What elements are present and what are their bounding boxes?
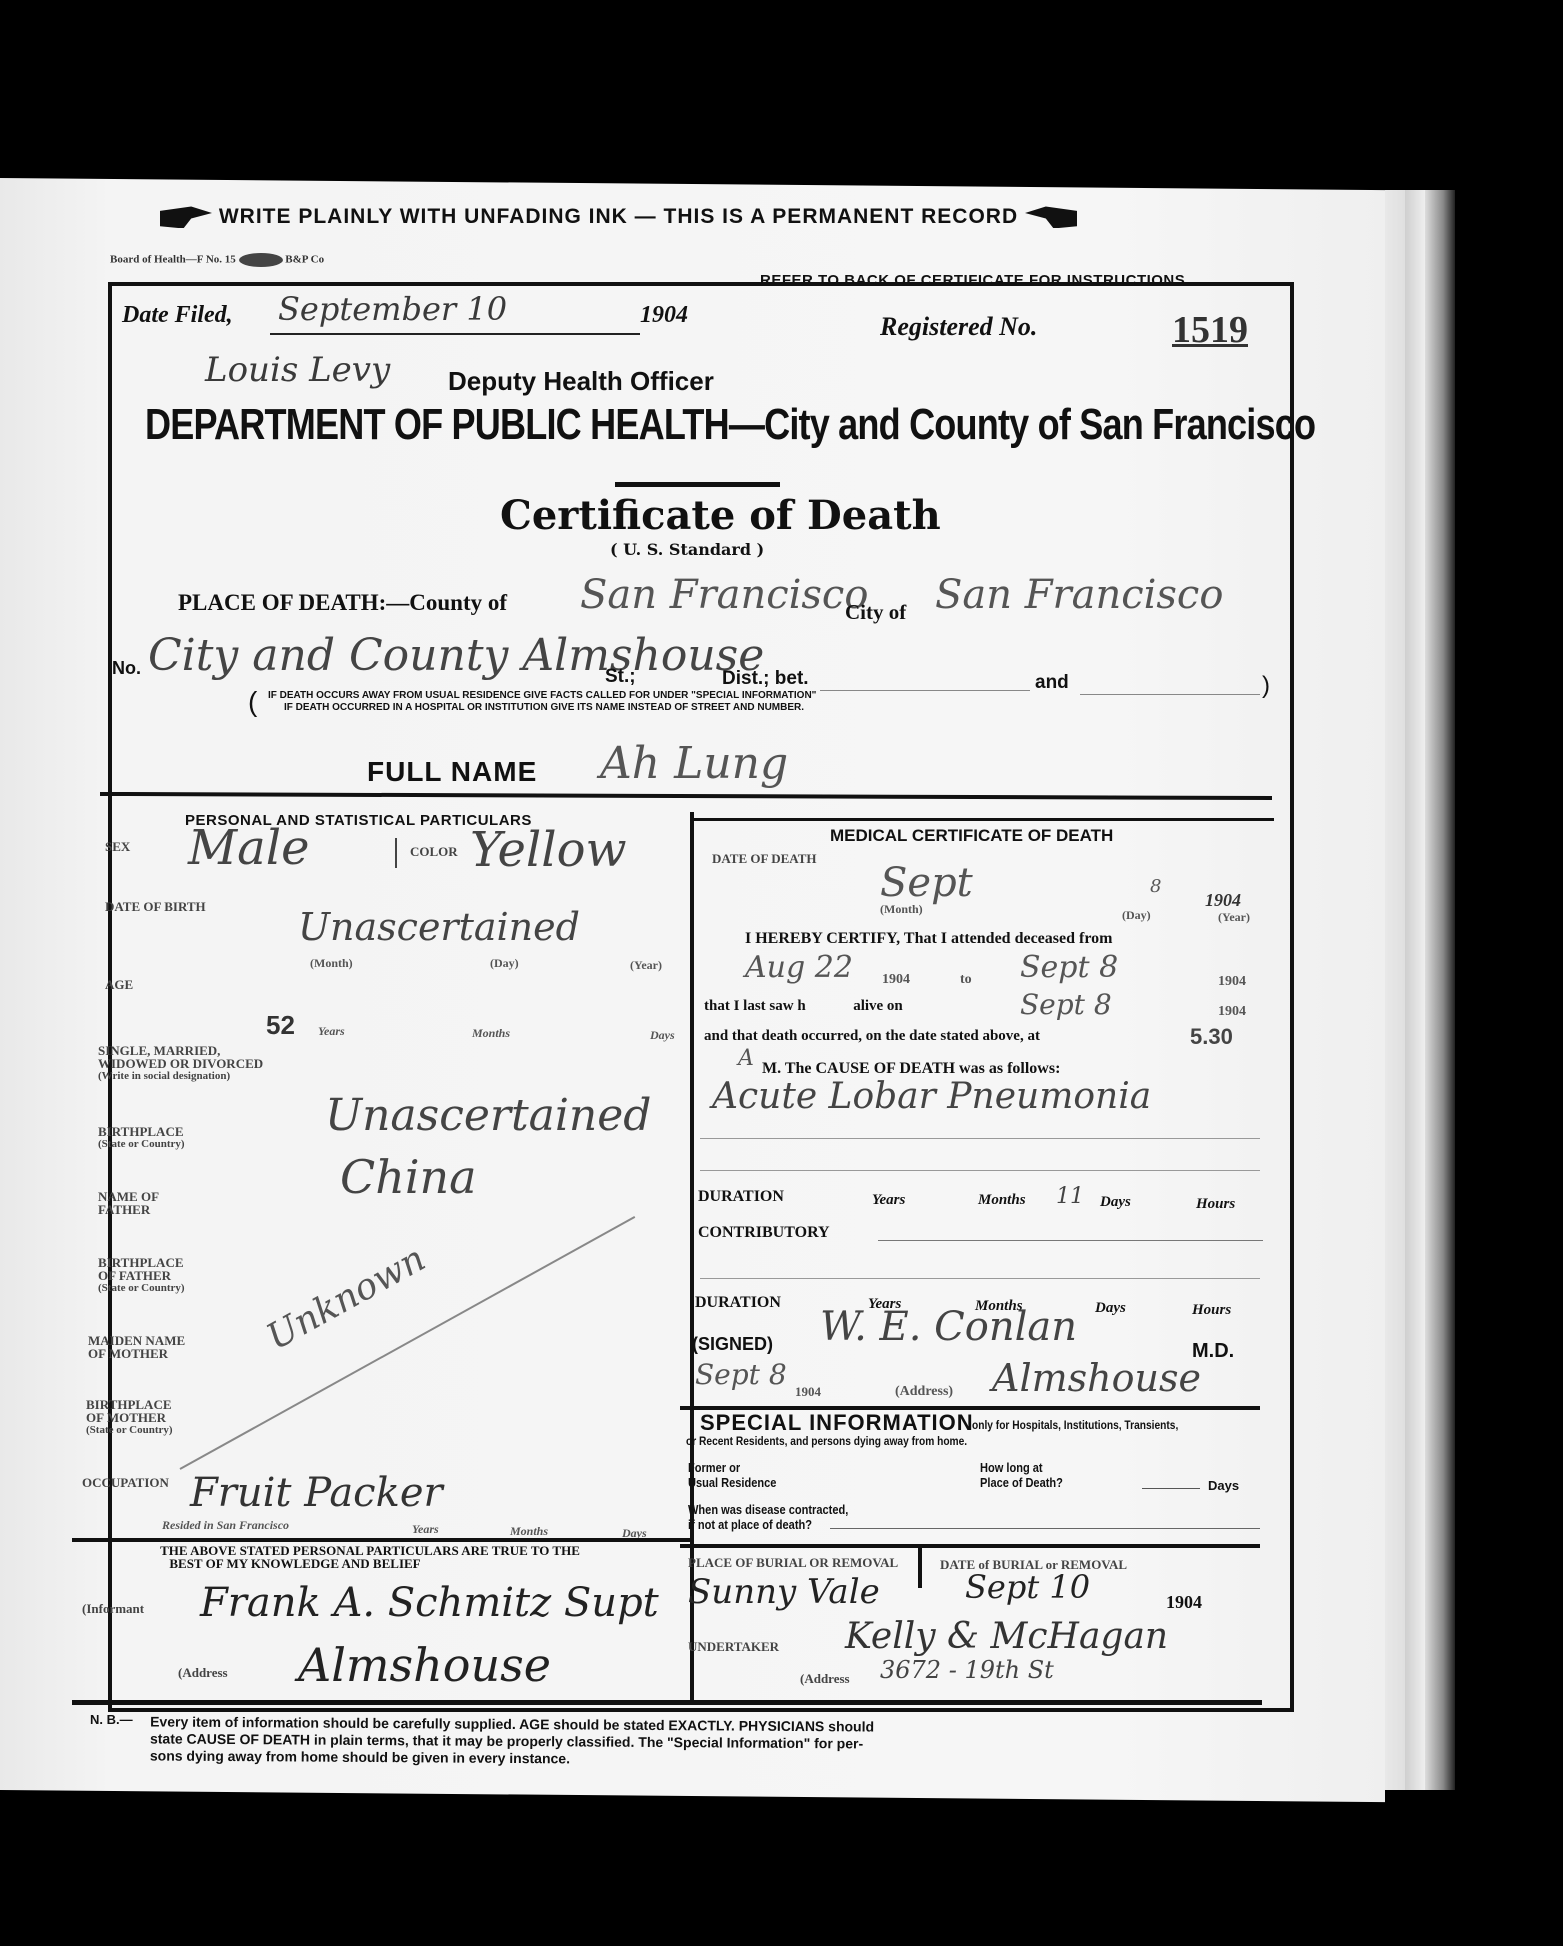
mother-name-label: MAIDEN NAME OF MOTHER (88, 1334, 185, 1360)
burial-date: Sept 10 (965, 1568, 1090, 1606)
printer-name: B&P Co (285, 254, 324, 266)
contracted-label-line: When was disease contracted, (688, 1502, 848, 1517)
resided-label: Resided in San Francisco (162, 1518, 289, 1533)
date-filed-year: 1904 (640, 302, 688, 329)
age-label: AGE (105, 978, 133, 991)
dob-label: DATE OF BIRTH (105, 900, 206, 913)
undertaker-value: Kelly & McHagan (845, 1616, 1168, 1657)
father-name-label-line: FATHER (98, 1203, 159, 1216)
informant-statement: THE ABOVE STATED PERSONAL PARTICULARS AR… (80, 1544, 660, 1570)
duration-label: DURATION (698, 1188, 784, 1206)
contributory-label: CONTRIBUTORY (698, 1224, 830, 1242)
attended-from-year: 1904 (882, 972, 910, 988)
marital-label: SINGLE, MARRIED, WIDOWED OR DIVORCED (Wr… (98, 1044, 263, 1083)
officer-title: Deputy Health Officer (448, 366, 714, 397)
age-years-label: Years (318, 1024, 345, 1039)
informant-name: Frank A. Schmitz Supt (200, 1580, 659, 1626)
duration-months-value: 11 (1056, 1184, 1084, 1209)
form-number-text: Board of Health—F No. 15 (110, 254, 236, 266)
undertaker-address: 3672 - 19th St (880, 1656, 1054, 1684)
place-of-death-label: PLACE OF DEATH:—County of (178, 590, 507, 616)
paren-close: ) (1262, 672, 1270, 700)
mother-birthplace-label-line: (State or Country) (86, 1424, 173, 1437)
department-title: DEPARTMENT OF PUBLIC HEALTH—City and Cou… (145, 400, 1315, 450)
signed-address: Almshouse (992, 1356, 1201, 1400)
informant-statement-line: BEST OF MY KNOWLEDGE AND BELIEF (0, 1557, 660, 1570)
informant-address: Almshouse (298, 1638, 551, 1692)
death-month-label: (Month) (880, 902, 923, 917)
death-time: 5.30 (1190, 1024, 1233, 1050)
pointing-hand-icon (1025, 206, 1077, 228)
page-edge-shadow (1425, 190, 1455, 1790)
usual-residence-label-line: Former or (688, 1460, 776, 1475)
contracted-label-line: if not at place of death? (688, 1517, 848, 1532)
color-value: Yellow (470, 822, 627, 878)
informant-label: (Informant (82, 1602, 144, 1615)
medical-heading: MEDICAL CERTIFICATE OF DEATH (830, 826, 1113, 846)
date-filed-value: September 10 (278, 290, 507, 328)
occurred-text: and that death occurred, on the date sta… (704, 1028, 1040, 1045)
special-note-1: only for Hospitals, Institutions, Transi… (972, 1418, 1178, 1432)
death-day: 8 (1150, 876, 1161, 897)
officer-signature: Louis Levy (205, 350, 390, 390)
age-days-label: Days (650, 1028, 675, 1043)
father-birthplace-label: BIRTHPLACE OF FATHER (State or Country) (98, 1256, 185, 1295)
color-label: COLOR (410, 845, 458, 858)
how-long-label: How long at Place of Death? (980, 1460, 1063, 1490)
pointing-hand-icon (160, 206, 212, 228)
usual-residence-label: Former or Usual Residence (688, 1460, 776, 1490)
street-address-value: City and County Almshouse (148, 630, 764, 681)
attended-to: Sept 8 (1020, 950, 1118, 985)
death-month: Sept (880, 860, 973, 906)
marital-label-line: WIDOWED OR DIVORCED (98, 1057, 263, 1070)
signed-label: (SIGNED) (692, 1334, 773, 1355)
date-of-death-label: DATE OF DEATH (712, 852, 817, 865)
signed-date: Sept 8 (695, 1358, 787, 1391)
full-name-label: FULL NAME (367, 756, 537, 788)
duration-hours-label: Hours (1196, 1196, 1235, 1213)
sex-value: Male (188, 820, 310, 876)
district-label: Dist.; bet. (722, 668, 809, 690)
duration2-days-label: Days (1095, 1300, 1126, 1317)
special-note-2: or Recent Residents, and persons dying a… (686, 1434, 967, 1448)
mother-name-label-line: OF MOTHER (88, 1347, 185, 1360)
last-saw-label: that I last saw h alive on (704, 998, 903, 1015)
contracted-label: When was disease contracted, if not at p… (688, 1502, 848, 1532)
age-years-value: 52 (266, 1010, 295, 1041)
death-day-label: (Day) (1122, 908, 1151, 923)
duration-months-label: Months (978, 1192, 1026, 1209)
street-label: St.; (605, 666, 636, 688)
usual-residence-label-line: Usual Residence (688, 1475, 776, 1490)
mother-birthplace-label-line: OF MOTHER (86, 1411, 173, 1424)
city-label: City of (845, 600, 906, 625)
birthplace-label-line: BIRTHPLACE (98, 1125, 185, 1138)
marital-value: Unascertained (325, 1090, 651, 1141)
burial-place: Sunny Vale (688, 1572, 880, 1612)
father-name-label: NAME OF FATHER (98, 1190, 159, 1216)
last-saw-date: Sept 8 (1020, 988, 1112, 1021)
marital-label-line: (Write in social designation) (98, 1070, 263, 1083)
occupation-value: Fruit Packer (190, 1470, 443, 1516)
duration-days-label: Days (1100, 1194, 1131, 1211)
sex-label: SEX (105, 840, 130, 853)
physician-signature: W. E. Conlan (820, 1304, 1077, 1350)
father-birthplace-label-line: (State or Country) (98, 1282, 185, 1295)
cause-of-death: Acute Lobar Pneumonia (712, 1076, 1151, 1117)
banner: WRITE PLAINLY WITH UNFADING INK — THIS I… (160, 205, 1077, 229)
certificate-title: Certificate of Death (500, 492, 941, 539)
dob-month-label: (Month) (310, 956, 353, 971)
duration-years-label: Years (872, 1192, 905, 1209)
how-long-days-label: Days (1208, 1478, 1239, 1493)
footnote-prefix: N. B.— (90, 1712, 133, 1727)
attended-to-year: 1904 (1218, 974, 1246, 990)
paren-open: ( (248, 686, 257, 718)
birthplace-label-line: (State or Country) (98, 1138, 185, 1151)
last-saw-year: 1904 (1218, 1004, 1246, 1020)
signed-address-label: (Address) (895, 1384, 953, 1400)
resided-years-label: Years (412, 1522, 439, 1537)
union-label-icon (239, 253, 283, 267)
dob-year-label: (Year) (630, 958, 662, 973)
age-months-label: Months (472, 1026, 510, 1041)
how-long-label-line: Place of Death? (980, 1475, 1063, 1490)
undertaker-label: UNDERTAKER (688, 1640, 779, 1653)
how-long-label-line: How long at (980, 1460, 1063, 1475)
form-number: Board of Health—F No. 15 B&P Co (110, 253, 324, 267)
registered-no: 1519 (1172, 308, 1248, 352)
meridiem: A (738, 1046, 754, 1071)
place-note-1: IF DEATH OCCURS AWAY FROM USUAL RESIDENC… (268, 690, 816, 701)
father-birthplace-label-line: OF FATHER (98, 1269, 185, 1282)
attended-from: Aug 22 (745, 950, 853, 985)
signed-year: 1904 (795, 1384, 821, 1400)
full-name-value: Ah Lung (600, 738, 788, 789)
duration2-hours-label: Hours (1192, 1302, 1231, 1319)
last-saw-suffix: alive on (853, 998, 903, 1014)
undertaker-address-label: (Address (800, 1672, 850, 1685)
burial-place-label: PLACE OF BURIAL OR REMOVAL (688, 1556, 898, 1569)
banner-text: WRITE PLAINLY WITH UNFADING INK — THIS I… (219, 205, 1018, 228)
burial-year: 1904 (1166, 1592, 1202, 1613)
birthplace-value: China (340, 1150, 477, 1204)
date-filed-label: Date Filed, (122, 302, 233, 329)
place-note-2: IF DEATH OCCURRED IN A HOSPITAL OR INSTI… (284, 702, 804, 713)
and-label: and (1035, 672, 1069, 694)
registered-no-label: Registered No. (880, 312, 1037, 342)
certify-text: I HEREBY CERTIFY, That I attended deceas… (745, 930, 1112, 948)
informant-address-label: (Address (178, 1666, 228, 1679)
occupation-label: OCCUPATION (82, 1476, 169, 1489)
death-year: 1904 (1205, 890, 1241, 911)
dob-day-label: (Day) (490, 956, 519, 971)
to-label: to (960, 972, 972, 988)
duration2-label: DURATION (695, 1294, 781, 1312)
standard-subtitle: ( U. S. Standard ) (610, 540, 764, 559)
page-edge (1405, 190, 1425, 1790)
city-value: San Francisco (935, 572, 1223, 618)
last-saw-text: that I last saw h (704, 998, 806, 1014)
dob-value: Unascertained (298, 905, 580, 949)
mother-birthplace-label: BIRTHPLACE OF MOTHER (State or Country) (86, 1398, 173, 1437)
death-year-label: (Year) (1218, 910, 1250, 925)
footnote: Every item of information should be care… (150, 1713, 874, 1769)
county-value: San Francisco (580, 572, 868, 618)
birthplace-label: BIRTHPLACE (State or Country) (98, 1125, 185, 1151)
special-heading: SPECIAL INFORMATION (700, 1410, 974, 1436)
street-no-label: No. (112, 658, 141, 679)
resided-months-label: Months (510, 1524, 548, 1539)
